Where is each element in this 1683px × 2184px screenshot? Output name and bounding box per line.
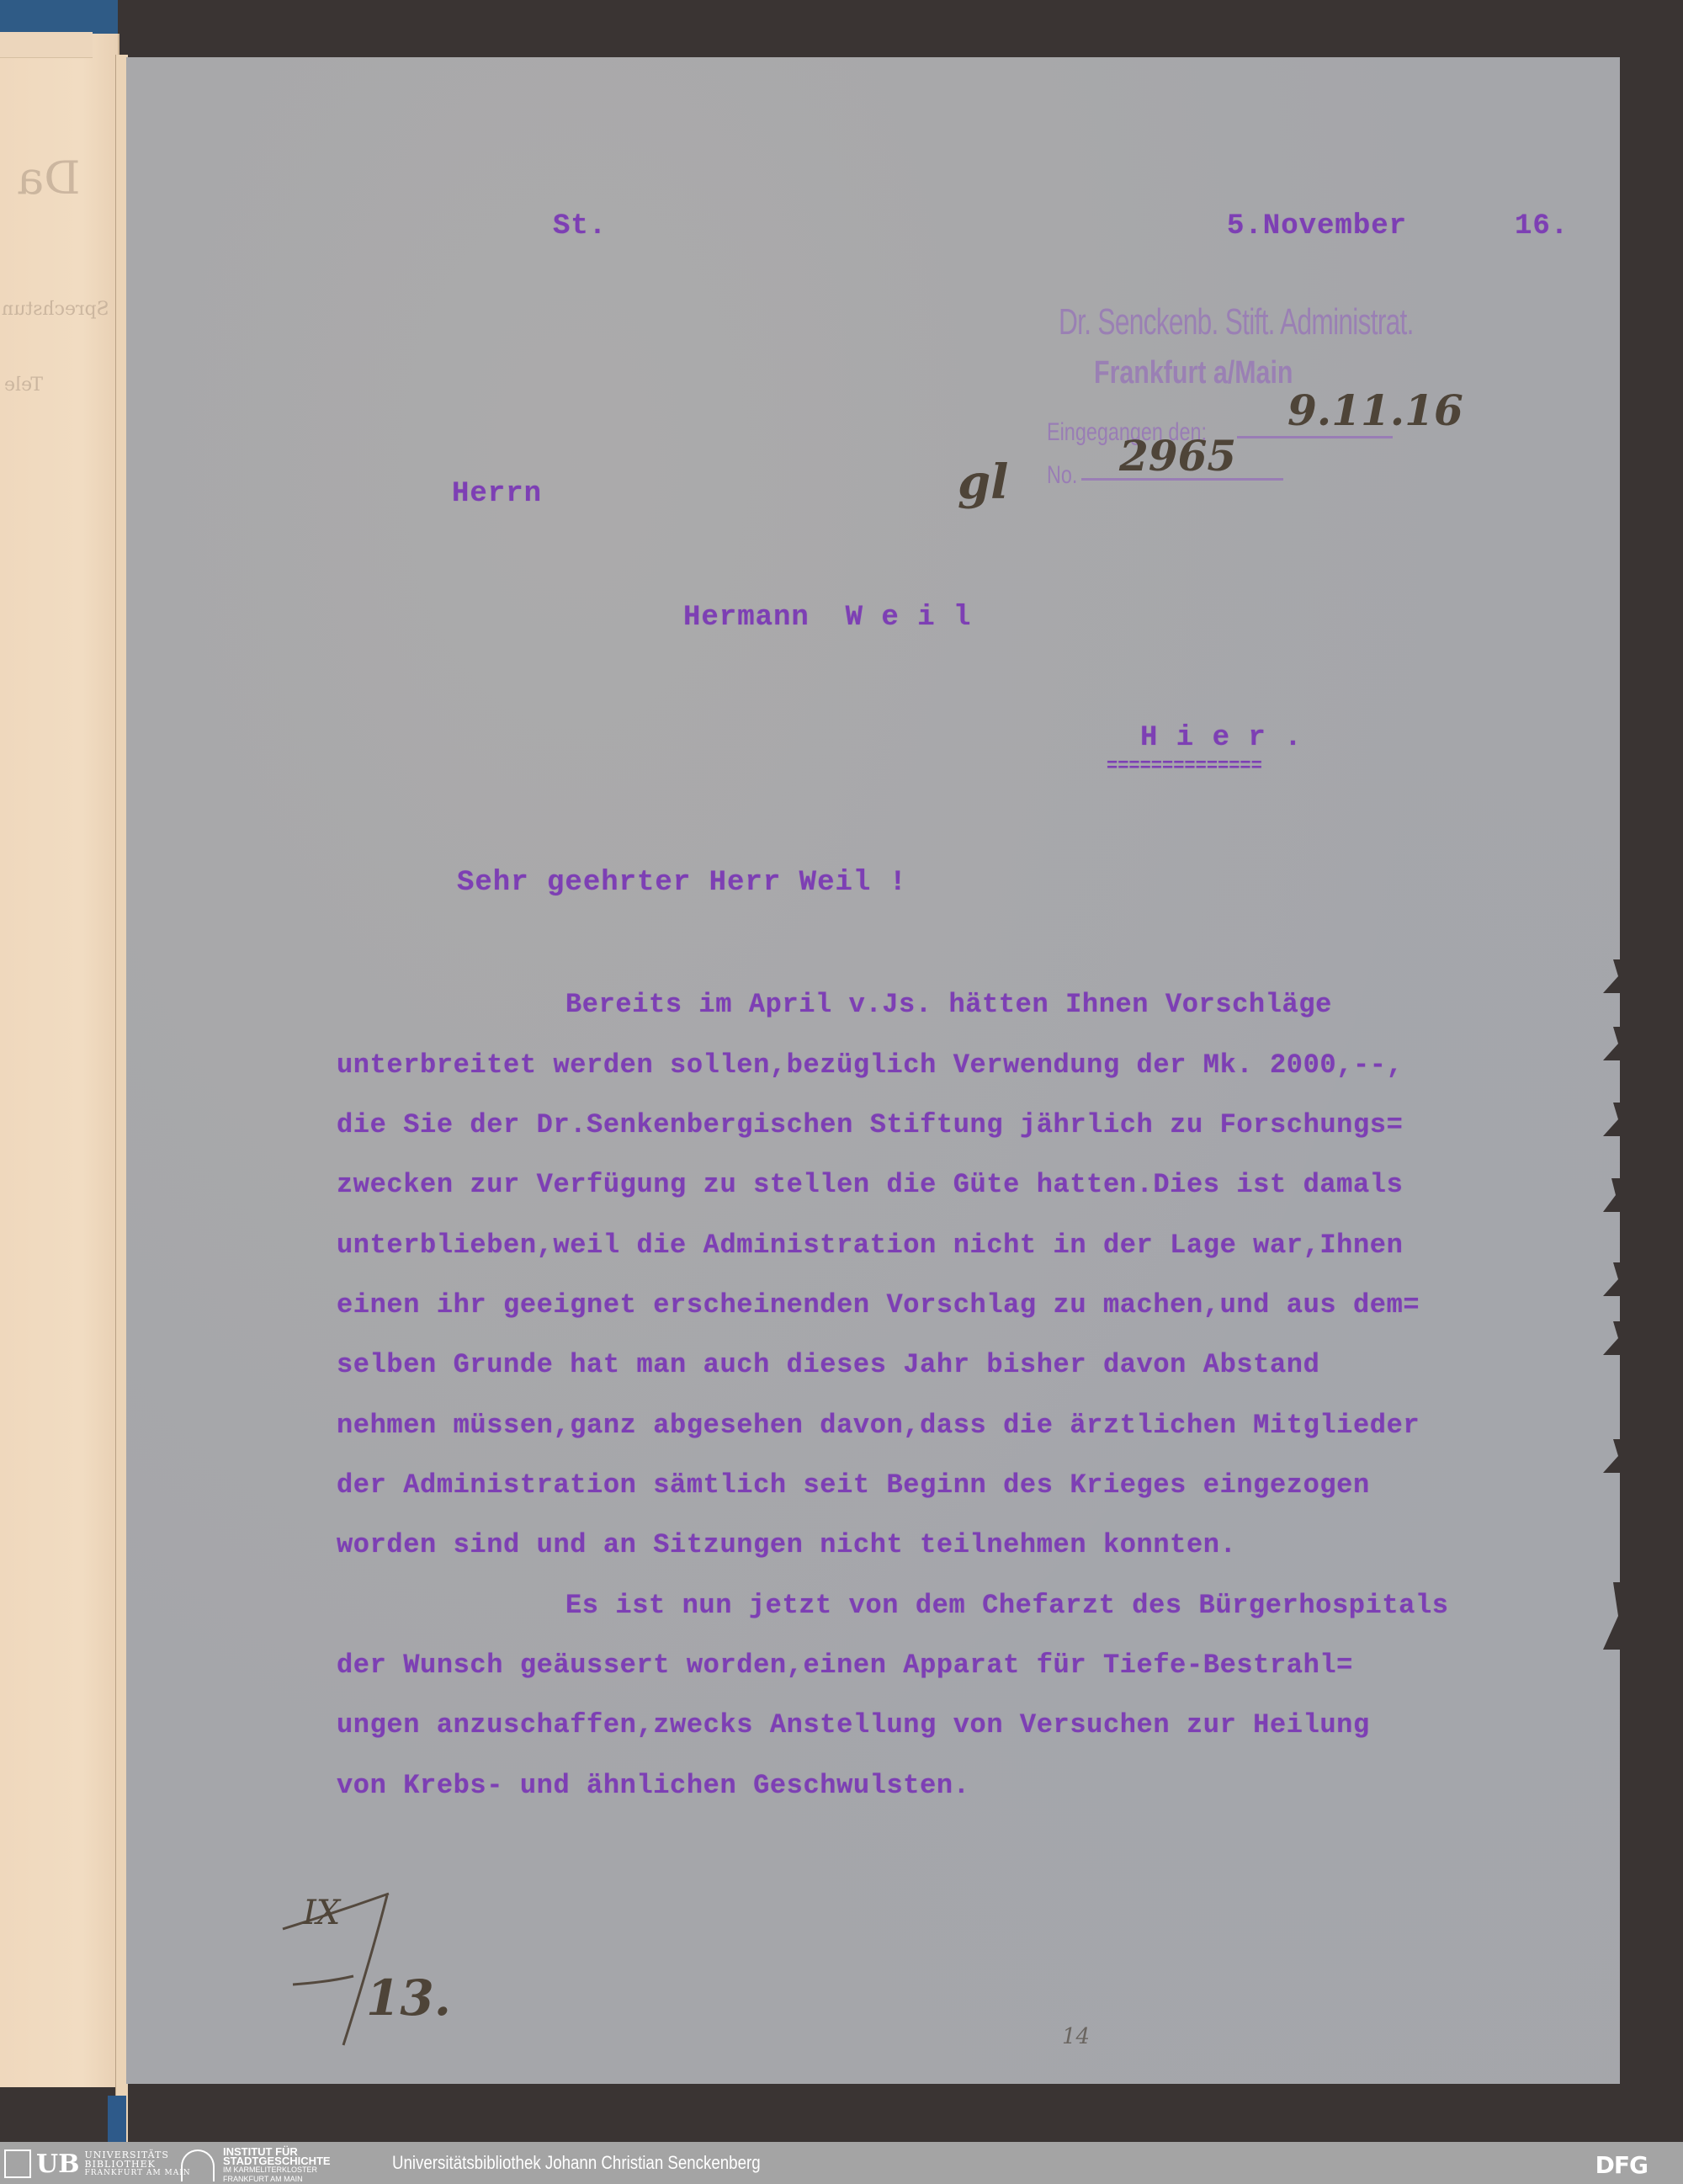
body-line: einen ihr geeignet erscheinenden Vorschl… (337, 1289, 1420, 1320)
pencil-page-number: 14 (1062, 2024, 1090, 2049)
underlying-fragment: Tele (4, 375, 43, 396)
stamp-number-label: No. (1047, 461, 1077, 490)
body-line: ungen anzuschaffen,zwecks Anstellung von… (337, 1709, 1370, 1740)
isg-line2: STADTGESCHICHTE (223, 2156, 331, 2165)
ub-line3: FRANKFURT AM MAIN (85, 2169, 191, 2178)
ub-logo-text: UNIVERSITÄTS BIBLIOTHEK FRANKFURT AM MAI… (85, 2150, 191, 2178)
recipient-place: H i e r . (1140, 722, 1303, 754)
body-line: der Wunsch geäussert worden,einen Appara… (337, 1650, 1353, 1681)
body-line: selben Grunde hat man auch dieses Jahr b… (337, 1349, 1319, 1380)
isg-line3: IM KARMELITERKLOSTER (223, 2165, 331, 2175)
isg-logo-text: INSTITUT FÜR STADTGESCHICHTE IM KARMELIT… (223, 2147, 331, 2184)
place-underline: ============== (1107, 756, 1262, 777)
letter-year: 16. (1515, 210, 1569, 242)
body-line: worden sind und an Sitzungen nicht teiln… (337, 1529, 1236, 1560)
page-tab (0, 32, 93, 58)
ub-line1: UNIVERSITÄTS (85, 2150, 191, 2160)
body-line: unterblieben,weil die Administration nic… (337, 1230, 1403, 1261)
letter-date: 5.November (1227, 210, 1407, 242)
stamp-rule (1237, 436, 1393, 438)
underlying-fragment: Da (17, 151, 81, 205)
body-line: der Administration sämtlich seit Beginn … (337, 1469, 1370, 1501)
dfg-logo[interactable]: DFG (1595, 2151, 1648, 2179)
underlying-page: Da Sprechstun Tele (0, 34, 119, 2087)
blue-binding-bottom (108, 2096, 126, 2142)
greeting: Sehr geehrter Herr Weil ! (457, 867, 907, 899)
body-line: unterbreitet werden sollen,bezüglich Ver… (337, 1049, 1403, 1081)
underlying-fragment: Sprechstun (2, 299, 109, 320)
isg-line4: FRANKFURT AM MAIN (223, 2175, 331, 2184)
body-line: Es ist nun jetzt von dem Chefarzt des Bü… (565, 1590, 1449, 1621)
body-line: Bereits im April v.Js. hätten Ihnen Vors… (565, 989, 1332, 1020)
address-salutation: Herrn (452, 478, 542, 510)
ub-letters: UB (36, 2149, 80, 2179)
body-line: von Krebs- und ähnlichen Geschwulsten. (337, 1770, 970, 1801)
footer-bar: UB UNIVERSITÄTS BIBLIOTHEK FRANKFURT AM … (0, 2142, 1683, 2184)
recipient-name: Hermann W e i l (683, 602, 971, 634)
stamp-institution: Dr. Senckenb. Stift. Administrat. (1059, 301, 1414, 343)
archive-mark-lower: 13. (366, 1969, 451, 2027)
ub-line2: BIBLIOTHEK (85, 2160, 191, 2169)
arch-icon (181, 2149, 215, 2181)
reference-mark: St. (553, 210, 607, 242)
received-date: 9.11.16 (1287, 385, 1463, 435)
handwritten-initials: gl (958, 454, 1008, 510)
received-number: 2965 (1119, 431, 1236, 481)
body-line: die Sie der Dr.Senkenbergischen Stiftung… (337, 1109, 1403, 1140)
body-line: nehmen müssen,ganz abgesehen davon,dass … (337, 1410, 1420, 1441)
isg-logo[interactable]: INSTITUT FÜR STADTGESCHICHTE IM KARMELIT… (181, 2147, 331, 2184)
archive-mark-upper: IX (303, 1894, 340, 1932)
body-line: zwecken zur Verfügung zu stellen die Güt… (337, 1169, 1403, 1200)
stamp-city: Frankfurt a/Main (1094, 355, 1293, 391)
footer-credit: Universitätsbibliothek Johann Christian … (392, 2152, 761, 2174)
ub-emblem-icon (4, 2149, 31, 2178)
ub-logo[interactable]: UB UNIVERSITÄTS BIBLIOTHEK FRANKFURT AM … (4, 2149, 191, 2179)
